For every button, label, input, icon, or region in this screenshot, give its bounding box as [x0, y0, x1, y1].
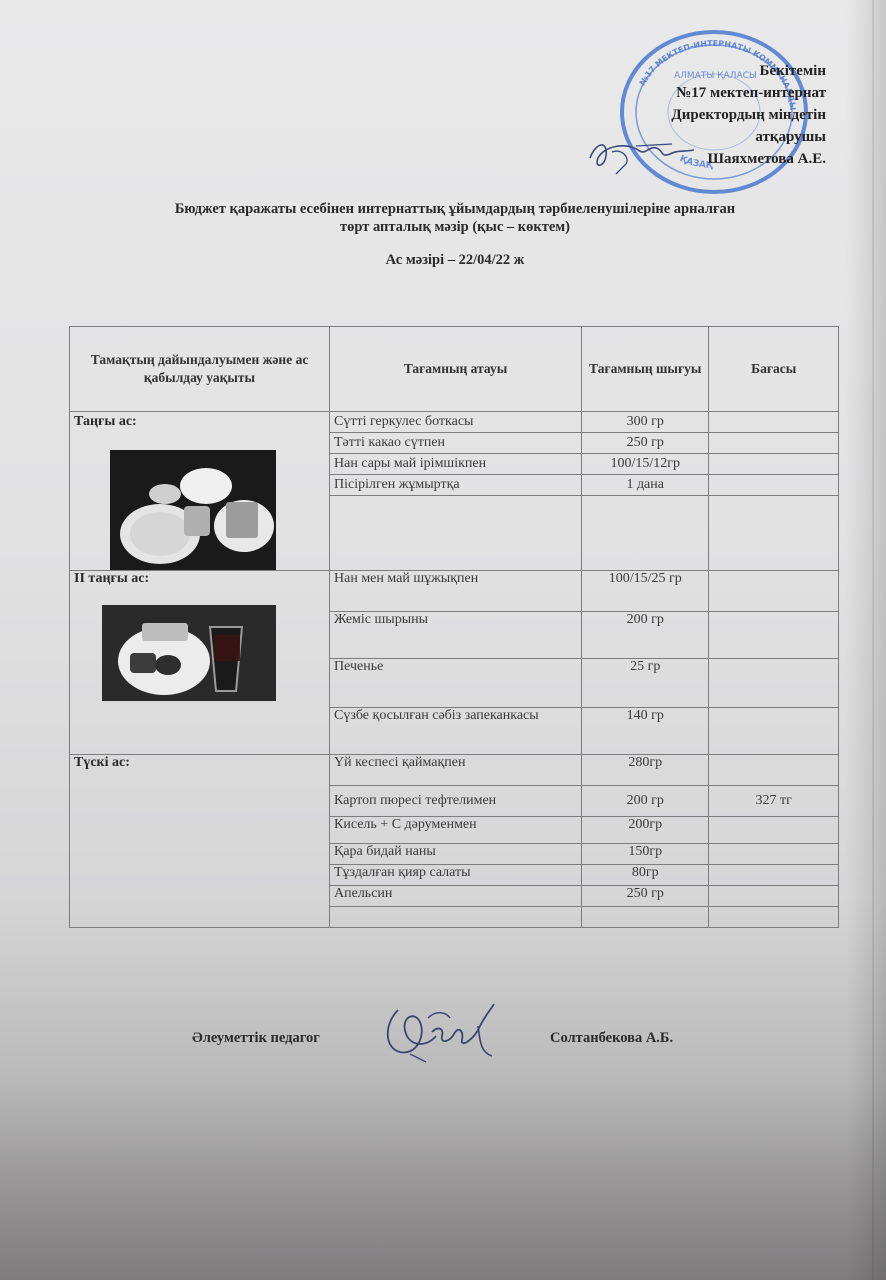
dish-portion: 300 гр: [581, 412, 708, 433]
dish-portion: 150гр: [581, 844, 708, 865]
dish-price: [709, 865, 839, 886]
dish-price: [709, 817, 839, 844]
dish-name: [330, 907, 582, 928]
dish-price: [709, 496, 839, 571]
signer-role: Әлеуметтік педагог: [192, 1030, 320, 1047]
header-meal-time: Тамақтың дайындалуымен және ас қабылдау …: [70, 327, 330, 412]
dish-portion: 250 гр: [581, 433, 708, 454]
dish-name: Печенье: [330, 659, 582, 708]
pedagogue-signature-icon: [380, 996, 500, 1064]
dish-portion: 250 гр: [581, 886, 708, 907]
document-title: Бюджет қаражаты есебінен интернаттық ұйы…: [60, 200, 850, 236]
dish-portion: 80гр: [581, 865, 708, 886]
dish-name: Тәтті какао сүтпен: [330, 433, 582, 454]
dish-name: Үй кеспесі қаймақпен: [330, 755, 582, 786]
dish-portion: 140 гр: [581, 708, 708, 755]
dish-name: Картоп пюресі тефтелимен: [330, 786, 582, 817]
table-row: II таңғы ас: Нан мен май шұжықпен 100/15…: [70, 571, 839, 612]
dish-price: [709, 907, 839, 928]
meal-breakfast: Таңғы ас:: [70, 412, 330, 571]
dish-price: [709, 612, 839, 659]
dish-name: Нан мен май шұжықпен: [330, 571, 582, 612]
meal-lunch: Түскі ас:: [70, 755, 330, 928]
dish-portion: 200 гр: [581, 786, 708, 817]
page-edge: [872, 0, 874, 1280]
dish-price: [709, 886, 839, 907]
dish-portion: [581, 496, 708, 571]
dish-price: [709, 708, 839, 755]
dish-portion: 100/15/12гр: [581, 454, 708, 475]
dish-name: Сүтті геркулес боткасы: [330, 412, 582, 433]
dish-price: [709, 571, 839, 612]
dish-price: [709, 412, 839, 433]
dish-price: [709, 475, 839, 496]
page-shadow: [846, 0, 886, 1280]
dish-name: Кисель + С дәруменмен: [330, 817, 582, 844]
photo-shadow: [0, 1080, 886, 1280]
dish-name: Нан сары май ірімшікпен: [330, 454, 582, 475]
dish-portion: 100/15/25 гр: [581, 571, 708, 612]
dish-name: [330, 496, 582, 571]
menu-table: Тамақтың дайындалуымен және ас қабылдау …: [69, 326, 839, 928]
approval-line: Директордың міндетін: [671, 104, 826, 126]
dish-portion: 280гр: [581, 755, 708, 786]
approval-line: Бекітемін: [671, 60, 826, 82]
dish-price: [709, 755, 839, 786]
table-row: Түскі ас: Үй кеспесі қаймақпен 280гр: [70, 755, 839, 786]
table-row: Таңғы ас: Сүтті геркулес боткасы 300 гр: [70, 412, 839, 433]
dish-price: [709, 844, 839, 865]
dish-name: Жеміс шырыны: [330, 612, 582, 659]
dish-portion: 25 гр: [581, 659, 708, 708]
dish-name: Сүзбе қосылған сәбіз запеканкасы: [330, 708, 582, 755]
director-signature-icon: [586, 128, 696, 176]
signer-name: Солтанбекова А.Б.: [550, 1030, 673, 1047]
dish-portion: 1 дана: [581, 475, 708, 496]
header-dish-name: Тағамның атауы: [330, 327, 582, 412]
breakfast-photo-icon: [110, 450, 276, 570]
dish-name: Пісірілген жұмыртқа: [330, 475, 582, 496]
dish-price: 327 тг: [709, 786, 839, 817]
dish-name: Қара бидай наны: [330, 844, 582, 865]
dish-portion: [581, 907, 708, 928]
dish-price: [709, 454, 839, 475]
dish-portion: 200гр: [581, 817, 708, 844]
second-breakfast-photo-icon: [102, 605, 276, 701]
menu-date: Ас мәзірі – 22/04/22 ж: [60, 252, 850, 269]
dish-name: Тұздалған қияр салаты: [330, 865, 582, 886]
dish-price: [709, 433, 839, 454]
dish-portion: 200 гр: [581, 612, 708, 659]
header-portion: Тағамның шығуы: [581, 327, 708, 412]
approval-line: №17 мектеп-интернат: [671, 82, 826, 104]
dish-price: [709, 659, 839, 708]
dish-name: Апельсин: [330, 886, 582, 907]
meal-second-breakfast: II таңғы ас:: [70, 571, 330, 755]
table-header-row: Тамақтың дайындалуымен және ас қабылдау …: [70, 327, 839, 412]
header-price: Бағасы: [709, 327, 839, 412]
